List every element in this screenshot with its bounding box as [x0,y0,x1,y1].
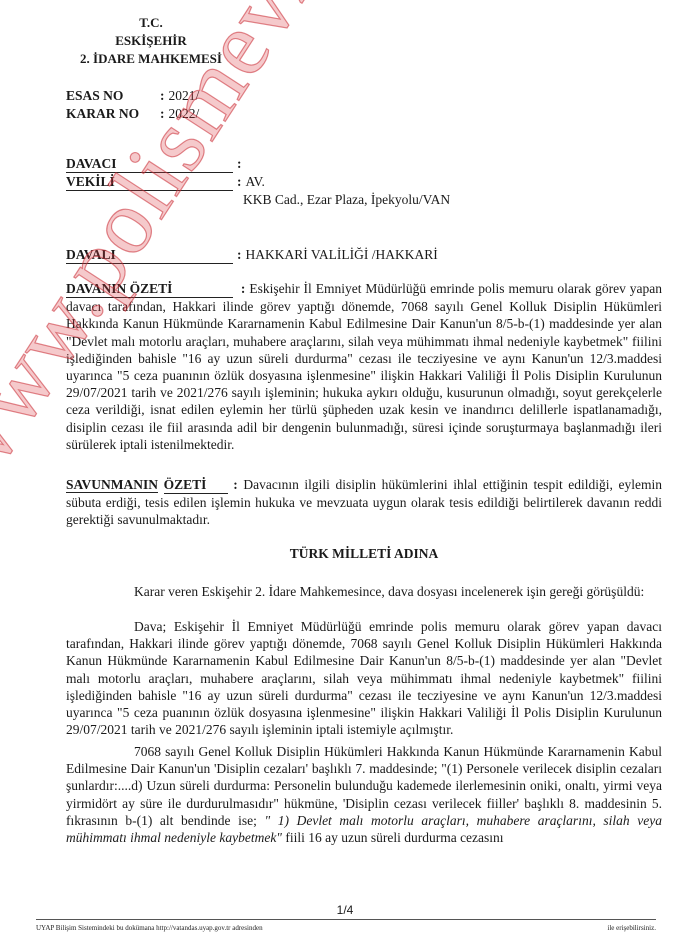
colon: : [160,87,165,105]
colon: : [237,173,242,191]
court-line-tc: T.C. [66,14,236,32]
document-page: T.C. ESKİŞEHİR 2. İDARE MAHKEMESİ ESAS N… [0,0,690,948]
davanin-ozeti-label: DAVANIN ÖZETİ [66,280,233,298]
party-vekili: VEKİLİ : AV. [66,173,265,191]
court-line-city: ESKİŞEHİR [66,32,236,50]
party-davaci: DAVACI : [66,155,246,173]
court-line-name: 2. İDARE MAHKEMESİ [66,50,236,68]
karar-no-value: 2022/ [169,105,200,123]
esas-no-label: ESAS NO [66,87,160,105]
footer-uyap-text: UYAP Bilişim Sistemindeki bu dokümana ht… [36,924,263,932]
davanin-ozeti-section: DAVANIN ÖZETİ : Eskişehir İl Emniyet Müd… [66,280,662,453]
karar-no-label: KARAR NO [66,105,160,123]
body-paragraph-3: 7068 sayılı Genel Kolluk Disiplin Hüküml… [66,743,662,846]
colon: : [237,246,242,264]
colon: : [233,477,238,492]
vekili-address: KKB Cad., Ezar Plaza, İpekyolu/VAN [243,191,450,209]
page-indicator: 1/4 [0,903,690,917]
davaci-label: DAVACI [66,155,233,173]
savunmanin-ozeti-section: SAVUNMANIN ÖZETİ : Davacının ilgili disi… [66,476,662,529]
colon: : [237,155,242,173]
body-paragraph-3-end: fiili 16 ay uzun süreli durdurma cezasın… [282,830,504,845]
footer-access-text: ile erişebilirsiniz. [607,924,656,932]
verdict-title: TÜRK MİLLETİ ADINA [66,546,662,562]
case-numbers: ESAS NO : 2021/ KARAR NO : 2022/ [66,87,199,123]
davanin-ozeti-text: Eskişehir İl Emniyet Müdürlüğü emrinde p… [66,281,662,452]
savunmanin-label-1: SAVUNMANIN [66,477,158,493]
davali-label: DAVALI [66,246,233,264]
vekili-value: AV. [246,173,265,191]
body-paragraph-2: Dava; Eskişehir İl Emniyet Müdürlüğü emr… [66,618,662,738]
davali-value: HAKKARİ VALİLİĞİ /HAKKARİ [246,246,438,264]
party-davali: DAVALI : HAKKARİ VALİLİĞİ /HAKKARİ [66,246,438,264]
footer-divider [36,919,656,920]
vekili-label: VEKİLİ [66,173,233,191]
esas-no-value: 2021/ [169,87,200,105]
colon: : [237,281,245,296]
body-paragraph-1: Karar veren Eskişehir 2. İdare Mahkemesi… [66,583,662,600]
savunmanin-label-2: ÖZETİ [164,476,228,494]
court-header: T.C. ESKİŞEHİR 2. İDARE MAHKEMESİ [66,14,236,68]
colon: : [160,105,165,123]
